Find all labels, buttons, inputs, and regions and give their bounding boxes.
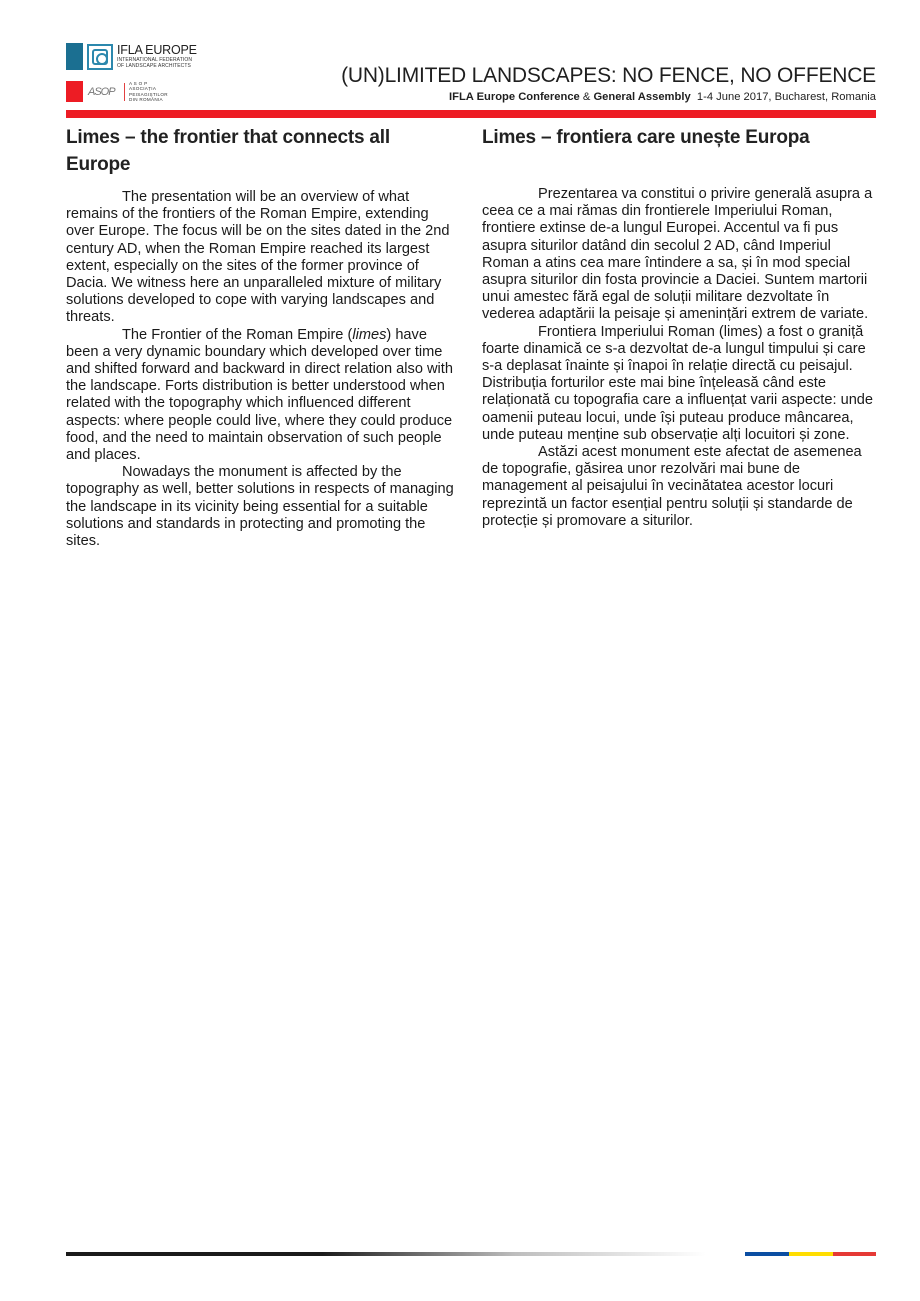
subtitle-ampersand: &	[580, 91, 594, 103]
ifla-logo-text: IFLA EUROPE INTERNATIONAL FEDERATION OF …	[117, 44, 197, 69]
english-paragraph-3: Nowadays the monument is affected by the…	[66, 464, 458, 550]
english-paragraph-1: The presentation will be an overview of …	[66, 189, 458, 327]
flag-yellow-stripe	[789, 1252, 833, 1256]
flag-blue-stripe	[745, 1252, 789, 1256]
romanian-column: Limes – frontiera care unește Europa Pre…	[482, 124, 877, 530]
english-column: Limes – the frontier that connects all E…	[66, 124, 458, 550]
english-heading: Limes – the frontier that connects all E…	[66, 124, 458, 178]
footer-gradient-rule	[66, 1252, 706, 1256]
romanian-paragraph-3: Astăzi acest monument este afectat de as…	[482, 444, 877, 530]
asop-logo-text: A S O P ASOCIAȚIA PEISAGIȘTILOR DIN ROMÂ…	[129, 81, 168, 101]
romanian-body: Prezentarea va constitui o privire gener…	[482, 186, 877, 530]
romanian-heading: Limes – frontiera care unește Europa	[482, 124, 877, 151]
p2-text-before: The Frontier of the Roman Empire (	[122, 327, 352, 343]
romanian-paragraph-2: Frontiera Imperiului Roman (limes) a fos…	[482, 324, 877, 444]
flag-red-stripe	[833, 1252, 876, 1256]
conference-subtitle: IFLA Europe Conference & General Assembl…	[449, 91, 876, 103]
ifla-europe-logo: IFLA EUROPE INTERNATIONAL FEDERATION OF …	[66, 43, 197, 70]
asop-red-square-icon	[66, 81, 83, 102]
asop-mark-icon: ASOP	[88, 86, 120, 98]
asop-logo: ASOP A S O P ASOCIAȚIA PEISAGIȘTILOR DIN…	[66, 81, 168, 102]
asop-line-4: DIN ROMÂNIA	[129, 97, 168, 102]
ifla-emblem-icon	[87, 44, 113, 70]
p2-text-after: ) have been a very dynamic boundary whic…	[66, 327, 453, 463]
asop-line-3: PEISAGIȘTILOR	[129, 92, 168, 97]
english-body: The presentation will be an overview of …	[66, 189, 458, 550]
header-red-rule	[66, 110, 876, 118]
ifla-blue-square-icon	[66, 43, 83, 70]
english-paragraph-2: The Frontier of the Roman Empire (limes)…	[66, 327, 458, 465]
subtitle-assembly: General Assembly	[593, 91, 690, 103]
subtitle-conference: IFLA Europe Conference	[449, 91, 580, 103]
subtitle-date-location: 1-4 June 2017, Bucharest, Romania	[691, 91, 876, 103]
ifla-name: IFLA EUROPE	[117, 44, 197, 57]
p2-italic-limes: limes	[352, 327, 386, 343]
asop-divider	[124, 83, 125, 101]
ifla-tagline-2: OF LANDSCAPE ARCHITECTS	[117, 64, 197, 69]
conference-title: (UN)LIMITED LANDSCAPES: NO FENCE, NO OFF…	[341, 64, 876, 88]
ifla-tagline-1: INTERNATIONAL FEDERATION	[117, 58, 197, 63]
romanian-paragraph-1: Prezentarea va constitui o privire gener…	[482, 186, 877, 324]
